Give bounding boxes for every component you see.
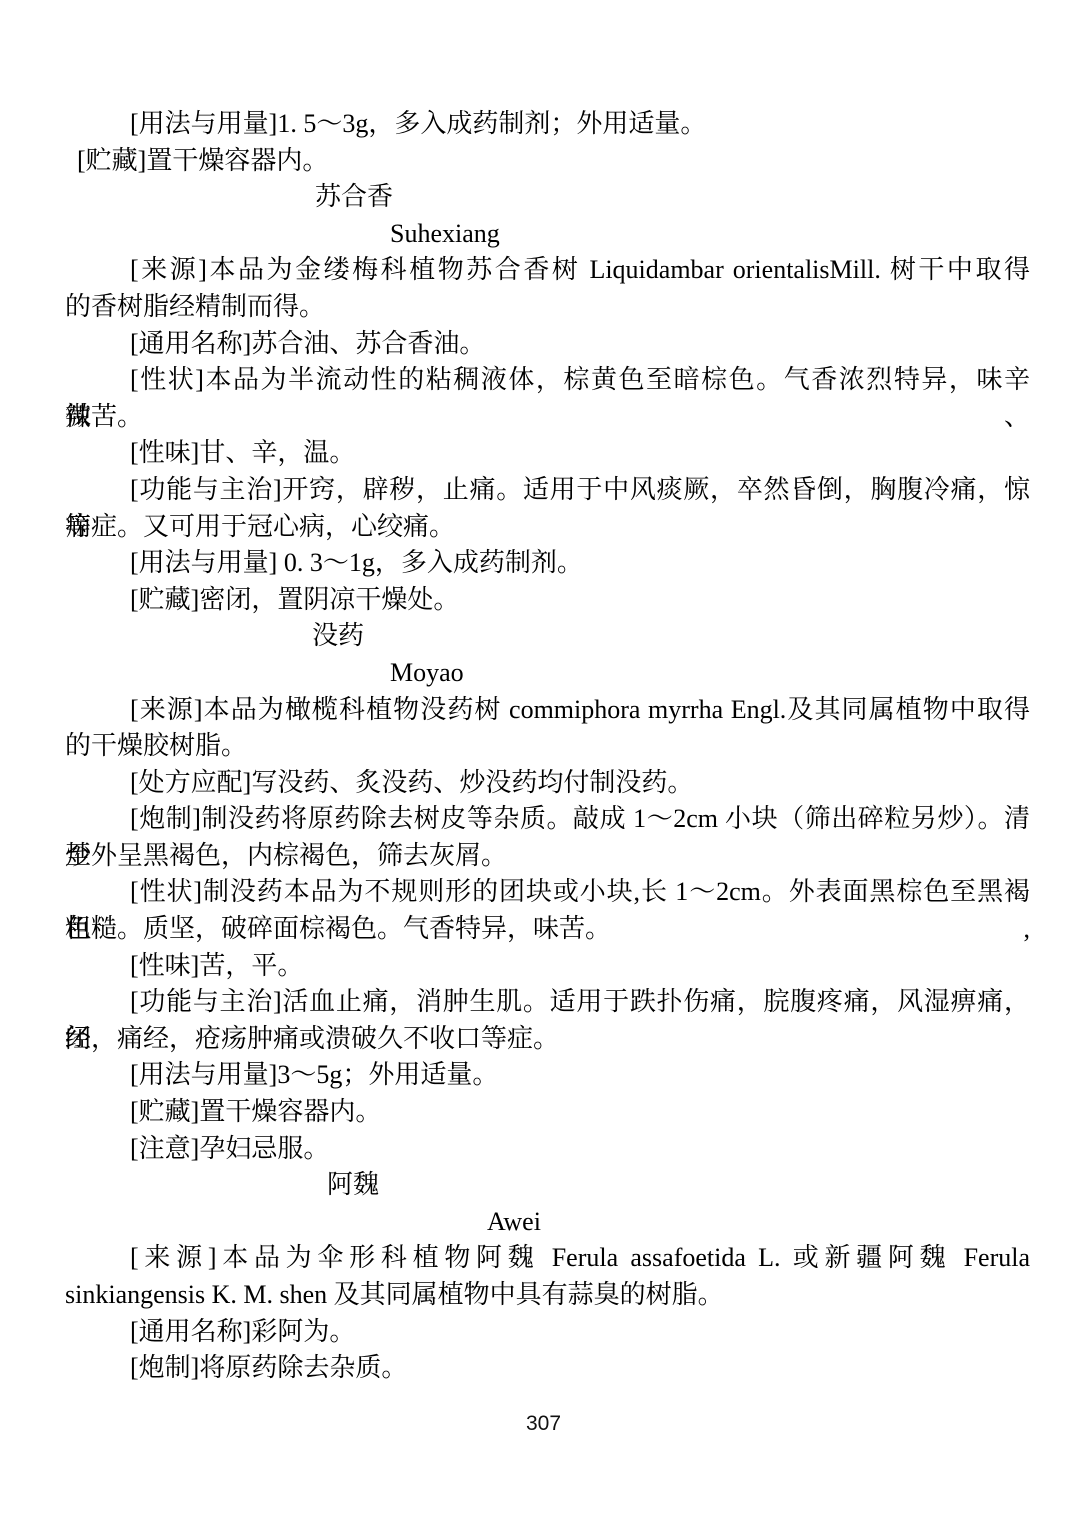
section-heading-pinyin: Awei — [65, 1204, 1030, 1241]
text-line: [性味]甘、辛，温。 — [65, 435, 1030, 472]
text-line: [用法与用量]3～5g；外用适量。 — [65, 1057, 1030, 1094]
text-line: [来源]本品为金缕梅科植物苏合香树 Liquidambar orientalis… — [65, 252, 1030, 289]
text-line: [贮藏]密闭，置阴凉干燥处。 — [65, 582, 1030, 619]
page-text-content: [用法与用量]1. 5～3g，多入成药制剂；外用适量。[贮藏]置干燥容器内。苏合… — [65, 106, 1030, 1387]
text-line: [炮制]将原药除去杂质。 — [65, 1350, 1030, 1387]
text-line: 等症。又可用于冠心病，心绞痛。 — [65, 509, 1030, 546]
section-heading-pinyin: Moyao — [65, 655, 1030, 692]
section-heading-chinese: 苏合香 — [65, 179, 1030, 216]
text-line: 闭，痛经，疮疡肿痛或溃破久不收口等症。 — [65, 1021, 1030, 1058]
text-line: [性味]苦，平。 — [65, 948, 1030, 985]
text-line: [注意]孕妇忌服。 — [65, 1131, 1030, 1168]
text-line: [贮藏]置干燥容器内。 — [65, 143, 1030, 180]
text-line: 的香树脂经精制而得。 — [65, 289, 1030, 326]
text-line: [通用名称]彩阿为。 — [65, 1314, 1030, 1351]
section-heading-pinyin: Suhexiang — [65, 216, 1030, 253]
text-line: [炮制]制没药将原药除去树皮等杂质。敲成 1～2cm 小块（筛出碎粒另炒）。清炒 — [65, 801, 1030, 838]
text-line: [贮藏]置干燥容器内。 — [65, 1094, 1030, 1131]
text-line: 的干燥胶树脂。 — [65, 728, 1030, 765]
text-line: [用法与用量]1. 5～3g，多入成药制剂；外用适量。 — [65, 106, 1030, 143]
section-heading-chinese: 没药 — [65, 618, 1030, 655]
text-line: [用法与用量] 0. 3～1g，多入成药制剂。 — [65, 545, 1030, 582]
text-line: [性状]制没药本品为不规则形的团块或小块,长 1～2cm。外表面黑棕色至黑褐色, — [65, 874, 1030, 911]
text-line: [来源]本品为伞形科植物阿魏 Ferula assafoetida L. 或新疆… — [65, 1240, 1030, 1277]
text-line: 至外呈黑褐色，内棕褐色，筛去灰屑。 — [65, 838, 1030, 875]
text-line: [处方应配]写没药、炙没药、炒没药均付制没药。 — [65, 765, 1030, 802]
section-heading-chinese: 阿魏 — [65, 1167, 1030, 1204]
page-number: 307 — [0, 1410, 1087, 1438]
text-line: [功能与主治]活血止痛，消肿生肌。适用于跌扑伤痛，脘腹疼痛，风湿痹痛，经 — [65, 984, 1030, 1021]
text-line: [功能与主治]开窍，辟秽，止痛。适用于中风痰厥，卒然昏倒，胸腹冷痛，惊痫 — [65, 472, 1030, 509]
text-line: [通用名称]苏合油、苏合香油。 — [65, 326, 1030, 363]
text-line: [来源]本品为橄榄科植物没药树 commiphora myrrha Engl.及… — [65, 692, 1030, 729]
text-line: sinkiangensis K. M. shen 及其同属植物中具有蒜臭的树脂。 — [65, 1277, 1030, 1314]
text-line: [性状]本品为半流动性的粘稠液体，棕黄色至暗棕色。气香浓烈特异，味辛辣、 — [65, 362, 1030, 399]
book-page: [用法与用量]1. 5～3g，多入成药制剂；外用适量。[贮藏]置干燥容器内。苏合… — [0, 0, 1087, 1536]
